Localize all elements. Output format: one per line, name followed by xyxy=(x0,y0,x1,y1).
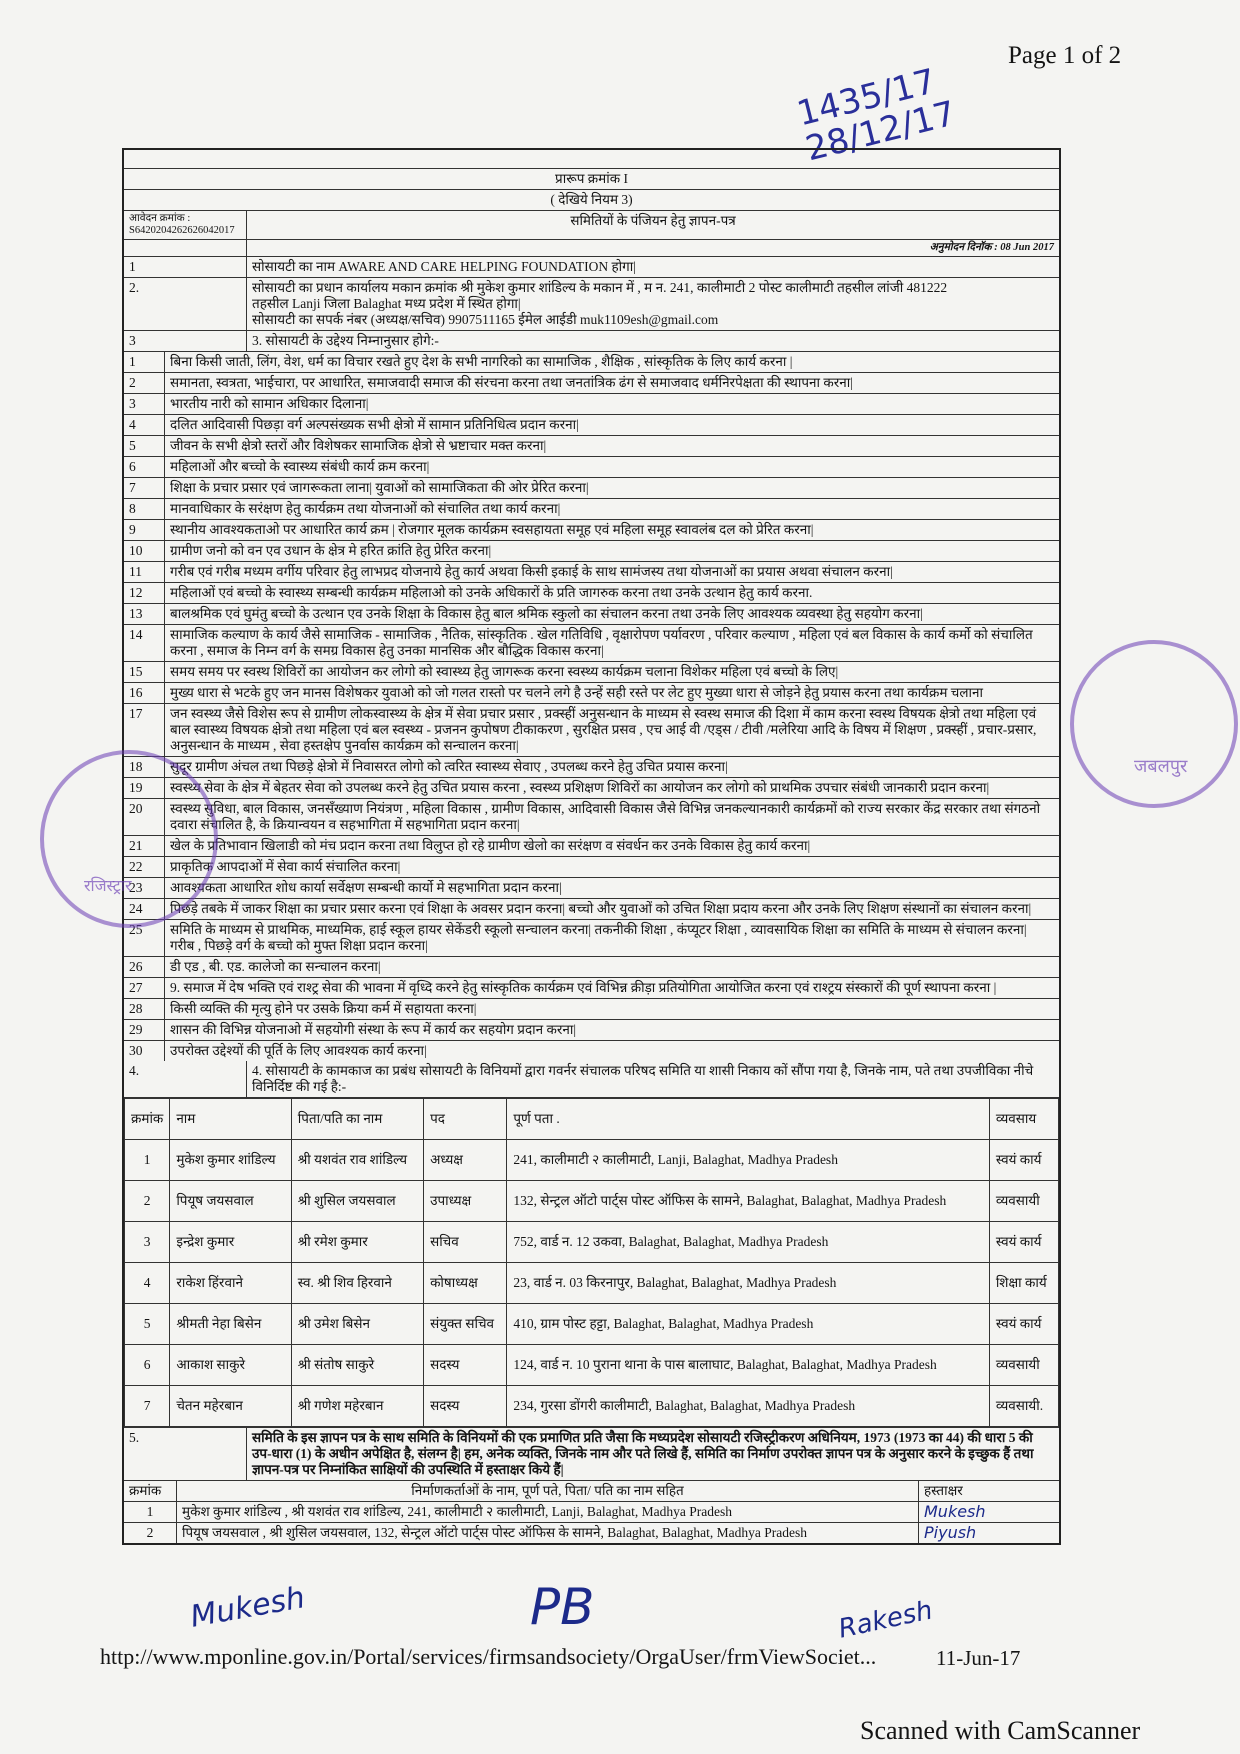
objective-number: 13 xyxy=(124,604,165,624)
founder-row: 1 मुकेश कुमार शांडिल्य , श्री यशवंत राव … xyxy=(124,1502,1059,1523)
members-table: क्रमांकनामपिता/पति का नामपदपूर्ण पता .व्… xyxy=(124,1098,1059,1427)
declaration-text: समिति के इस ज्ञापन पत्र के साथ समिति के … xyxy=(247,1428,1059,1480)
signature-rakesh: Rakesh xyxy=(836,1595,935,1644)
objective-text: स्वस्थ्य सेवा के क्षेत्र में बेहतर सेवा … xyxy=(165,778,1059,798)
section-number: 1 xyxy=(124,257,247,277)
founder-signature: Mukesh xyxy=(918,1502,1059,1522)
signature-initials: PB xyxy=(530,1578,594,1636)
objective-row: 17 जन स्वस्थ्य जैसे विशेस रूप से ग्रामीण… xyxy=(124,704,1059,757)
column-header: पूर्ण पता . xyxy=(507,1099,989,1140)
objective-number: 26 xyxy=(124,957,165,977)
member-address: 23, वार्ड न. 03 किरनापुर, Balaghat, Bala… xyxy=(507,1263,989,1304)
objective-text: समय समय पर स्वस्थ शिविरों का आयोजन कर लो… xyxy=(165,662,1059,682)
member-no: 5 xyxy=(125,1304,170,1345)
objective-text: खेल के प्रतिभावान खिलाडी को मंच प्रदान क… xyxy=(165,836,1059,856)
signature-mukesh: Mukesh xyxy=(188,1580,308,1635)
objective-text: समिति के माध्यम से प्राथमिक, माध्यमिक, ह… xyxy=(165,920,1059,956)
column-header: पिता/पति का नाम xyxy=(291,1099,423,1140)
objective-number: 14 xyxy=(124,625,165,661)
objective-row: 19 स्वस्थ्य सेवा के क्षेत्र में बेहतर से… xyxy=(124,778,1059,799)
address-line: तहसील Lanji जिला Balaghat मध्य प्रदेश मे… xyxy=(252,296,1054,312)
objective-row: 6 महिलाओं और बच्चो के स्वास्थ्य संबंधी क… xyxy=(124,457,1059,478)
objective-row: 26 डी एड , बी. एड. कालेजो का सन्चालन करन… xyxy=(124,957,1059,978)
objective-number: 27 xyxy=(124,978,165,998)
objective-row: 29 शासन की विभिन्न योजनाओ में सहयोगी संस… xyxy=(124,1020,1059,1041)
founder-number: 2 xyxy=(124,1523,177,1543)
objective-text: दलित आदिवासी पिछड़ा वर्ग अल्पसंख्यक सभी … xyxy=(165,415,1059,435)
objective-row: 12 महिलाओं एवं बच्चो के स्वास्थ्य सम्बन्… xyxy=(124,583,1059,604)
page-number: Page 1 of 2 xyxy=(1008,42,1121,70)
application-label: आवेदन क्रमांक : xyxy=(129,213,241,225)
objective-row: 10 ग्रामीण जनो को वन एव उधान के क्षेत्र … xyxy=(124,541,1059,562)
objective-row: 9 स्थानीय आवश्यकताओ पर आधारित कार्य क्रम… xyxy=(124,520,1059,541)
objective-number: 30 xyxy=(124,1041,165,1061)
member-name: आकाश साकुरे xyxy=(170,1345,291,1386)
member-name: मुकेश कुमार शांडिल्य xyxy=(170,1140,291,1181)
application-info: आवेदन क्रमांक : S6420204262626042017 xyxy=(124,211,247,239)
member-father: श्री शुसिल जयसवाल xyxy=(291,1181,423,1222)
registration-form: प्रारूप क्रमांक I ( देखिये नियम 3) आवेदन… xyxy=(122,148,1061,1545)
objective-text: आवश्यकता आधारित शोध कार्या सर्वेक्षण सम्… xyxy=(165,878,1059,898)
objective-row: 7 शिक्षा के प्रचार प्रसार एवं जागरूकता ल… xyxy=(124,478,1059,499)
table-row: 1मुकेश कुमार शांडिल्यश्री यशवंत राव शांड… xyxy=(125,1140,1059,1181)
objective-number: 3 xyxy=(124,394,165,414)
objective-row: 1 बिना किसी जाती, लिंग, वेश, धर्म का विच… xyxy=(124,352,1059,373)
objective-number: 11 xyxy=(124,562,165,582)
objective-row: 27 9. समाज में देष भक्ति एवं राश्ट्र सेव… xyxy=(124,978,1059,999)
table-row: 6आकाश साकुरेश्री संतोष साकुरेसदस्य124, व… xyxy=(125,1345,1059,1386)
objective-row: 25 समिति के माध्यम से प्राथमिक, माध्यमिक… xyxy=(124,920,1059,957)
objective-text: स्वस्थ्य सुविधा, बाल विकास, जनसँख्याण नि… xyxy=(165,799,1059,835)
objective-text: पिछड़े तबके में जाकर शिक्षा का प्रचार प्… xyxy=(165,899,1059,919)
founder-signature: Piyush xyxy=(918,1523,1059,1543)
objective-text: मानवाधिकार के सरंक्षण हेतु कार्यक्रम तथा… xyxy=(165,499,1059,519)
objective-text: बालश्रमिक एवं घुमंतु बच्चो के उत्थान एव … xyxy=(165,604,1059,624)
member-no: 3 xyxy=(125,1222,170,1263)
objectives-heading: 3. सोसायटी के उद्देश्य निम्नानुसार होगे:… xyxy=(247,331,1059,351)
member-no: 6 xyxy=(125,1345,170,1386)
member-post: सचिव xyxy=(424,1222,507,1263)
objective-row: 18 सुदूर ग्रामीण अंचल तथा पिछड़े क्षेत्र… xyxy=(124,757,1059,778)
member-occupation: स्वयं कार्य xyxy=(989,1304,1058,1345)
objective-row: 11 गरीब एवं गरीब मध्यम वर्गीय परिवार हेत… xyxy=(124,562,1059,583)
objective-text: उपरोक्त उद्देश्यों की पूर्ति के लिए आवश्… xyxy=(165,1041,1059,1061)
objective-row: 20 स्वस्थ्य सुविधा, बाल विकास, जनसँख्याण… xyxy=(124,799,1059,836)
member-occupation: व्यवसायी xyxy=(989,1181,1058,1222)
member-post: सदस्य xyxy=(424,1345,507,1386)
application-number: S6420204262626042017 xyxy=(129,225,241,237)
objective-row: 13 बालश्रमिक एवं घुमंतु बच्चो के उत्थान … xyxy=(124,604,1059,625)
member-no: 1 xyxy=(125,1140,170,1181)
objective-text: 9. समाज में देष भक्ति एवं राश्ट्र सेवा क… xyxy=(165,978,1059,998)
founder-number: 1 xyxy=(124,1502,177,1522)
objective-row: 5 जीवन के सभी क्षेत्रो स्तरों और विशेषकर… xyxy=(124,436,1059,457)
objective-row: 14 सामाजिक कल्याण के कार्य जैसे सामाजिक … xyxy=(124,625,1059,662)
column-header: क्रमांक xyxy=(124,1481,177,1501)
objective-number: 7 xyxy=(124,478,165,498)
member-address: 241, कालीमाटी २ कालीमाटी, Lanji, Balagha… xyxy=(507,1140,989,1181)
form-number: प्रारूप क्रमांक I xyxy=(124,169,1059,189)
member-occupation: स्वयं कार्य xyxy=(989,1222,1058,1263)
table-row: 4राकेश हिंरवानेस्व. श्री शिव हिरवानेकोषा… xyxy=(125,1263,1059,1304)
objective-row: 21 खेल के प्रतिभावान खिलाडी को मंच प्रदा… xyxy=(124,836,1059,857)
column-header: नाम xyxy=(170,1099,291,1140)
member-occupation: व्यवसायी. xyxy=(989,1386,1058,1427)
member-no: 7 xyxy=(125,1386,170,1427)
rule-reference: ( देखिये नियम 3) xyxy=(124,190,1059,210)
objective-number: 16 xyxy=(124,683,165,703)
objective-number: 10 xyxy=(124,541,165,561)
objective-number: 4 xyxy=(124,415,165,435)
column-header: हस्ताक्षर xyxy=(918,1481,1059,1501)
member-post: कोषाध्यक्ष xyxy=(424,1263,507,1304)
member-name: श्रीमती नेहा बिसेन xyxy=(170,1304,291,1345)
objective-number: 2 xyxy=(124,373,165,393)
member-post: अध्यक्ष xyxy=(424,1140,507,1181)
print-date: 11-Jun-17 xyxy=(936,1646,1020,1671)
founder-details: पियूष जयसवाल , श्री शुसिल जयसवाल, 132, स… xyxy=(177,1523,918,1543)
objective-text: समानता, स्वत्रता, भाईचारा, पर आधारित, सम… xyxy=(165,373,1059,393)
objective-row: 24 पिछड़े तबके में जाकर शिक्षा का प्रचार… xyxy=(124,899,1059,920)
objective-text: डी एड , बी. एड. कालेजो का सन्चालन करना| xyxy=(165,957,1059,977)
objective-text: मुख्य धारा से भटके हुए जन मानस विशेषकर य… xyxy=(165,683,1059,703)
address-line: सोसायटी का प्रधान कार्यालय मकान क्रमांक … xyxy=(252,280,1054,296)
column-header: निर्माणकर्ताओं के नाम, पूर्ण पते, पिता/ … xyxy=(177,1481,918,1501)
table-row: 3इन्द्रेश कुमारश्री रमेश कुमारसचिव752, व… xyxy=(125,1222,1059,1263)
table-row: 2पियूष जयसवालश्री शुसिल जयसवालउपाध्यक्ष1… xyxy=(125,1181,1059,1222)
objective-row: 22 प्राकृतिक आपदाओं में सेवा कार्य संचाल… xyxy=(124,857,1059,878)
member-name: पियूष जयसवाल xyxy=(170,1181,291,1222)
objective-number: 12 xyxy=(124,583,165,603)
objective-row: 4 दलित आदिवासी पिछड़ा वर्ग अल्पसंख्यक सभ… xyxy=(124,415,1059,436)
member-no: 4 xyxy=(125,1263,170,1304)
objective-number: 17 xyxy=(124,704,165,756)
member-father: स्व. श्री शिव हिरवाने xyxy=(291,1263,423,1304)
objective-text: भारतीय नारी को सामान अधिकार दिलाना| xyxy=(165,394,1059,414)
member-address: 752, वार्ड न. 12 उकवा, Balaghat, Balagha… xyxy=(507,1222,989,1263)
objective-number: 15 xyxy=(124,662,165,682)
society-name: सोसायटी का नाम AWARE AND CARE HELPING FO… xyxy=(247,257,1059,277)
objective-text: बिना किसी जाती, लिंग, वेश, धर्म का विचार… xyxy=(165,352,1059,372)
member-address: 124, वार्ड न. 10 पुराना थाना के पास बाला… xyxy=(507,1345,989,1386)
member-father: श्री संतोष साकुरे xyxy=(291,1345,423,1386)
member-occupation: शिक्षा कार्य xyxy=(989,1263,1058,1304)
objective-text: सामाजिक कल्याण के कार्य जैसे सामाजिक - स… xyxy=(165,625,1059,661)
form-title: समितियों के पंजियन हेतु ज्ञापन-पत्र xyxy=(247,211,1059,239)
member-post: उपाध्यक्ष xyxy=(424,1181,507,1222)
objective-number: 28 xyxy=(124,999,165,1019)
objective-number: 5 xyxy=(124,436,165,456)
member-father: श्री उमेश बिसेन xyxy=(291,1304,423,1345)
founder-details: मुकेश कुमार शांडिल्य , श्री यशवंत राव शा… xyxy=(177,1502,918,1522)
member-post: सदस्य xyxy=(424,1386,507,1427)
objective-text: महिलाओं एवं बच्चो के स्वास्थ्य सम्बन्धी … xyxy=(165,583,1059,603)
member-occupation: व्यवसायी xyxy=(989,1345,1058,1386)
objective-row: 23 आवश्यकता आधारित शोध कार्या सर्वेक्षण … xyxy=(124,878,1059,899)
objective-text: स्थानीय आवश्यकताओ पर आधारित कार्य क्रम |… xyxy=(165,520,1059,540)
founders-table: क्रमांक निर्माणकर्ताओं के नाम, पूर्ण पते… xyxy=(124,1481,1059,1543)
member-address: 132, सेन्ट्रल ऑटो पार्ट्स पोस्ट ऑफिस के … xyxy=(507,1181,989,1222)
objective-text: सुदूर ग्रामीण अंचल तथा पिछड़े क्षेत्रो म… xyxy=(165,757,1059,777)
objective-text: शासन की विभिन्न योजनाओ में सहयोगी संस्था… xyxy=(165,1020,1059,1040)
objective-text: महिलाओं और बच्चो के स्वास्थ्य संबंधी कार… xyxy=(165,457,1059,477)
objective-text: गरीब एवं गरीब मध्यम वर्गीय परिवार हेतु ल… xyxy=(165,562,1059,582)
objective-number: 29 xyxy=(124,1020,165,1040)
objective-row: 30 उपरोक्त उद्देश्यों की पूर्ति के लिए आ… xyxy=(124,1041,1059,1061)
member-post: संयुक्त सचिव xyxy=(424,1304,507,1345)
society-address: सोसायटी का प्रधान कार्यालय मकान क्रमांक … xyxy=(247,278,1059,330)
objective-row: 3 भारतीय नारी को सामान अधिकार दिलाना| xyxy=(124,394,1059,415)
objective-text: शिक्षा के प्रचार प्रसार एवं जागरूकता लान… xyxy=(165,478,1059,498)
column-header: व्यवसाय xyxy=(989,1099,1058,1140)
registrar-stamp-right: जबलपुर xyxy=(1070,640,1238,808)
section-number: 2. xyxy=(124,278,247,330)
member-father: श्री रमेश कुमार xyxy=(291,1222,423,1263)
member-name: राकेश हिंरवाने xyxy=(170,1263,291,1304)
objective-text: जीवन के सभी क्षेत्रो स्तरों और विशेषकर स… xyxy=(165,436,1059,456)
section-number: 3 xyxy=(124,331,247,351)
column-header: क्रमांक xyxy=(125,1099,170,1140)
objective-text: प्राकृतिक आपदाओं में सेवा कार्य संचालित … xyxy=(165,857,1059,877)
member-address: 234, गुरसा डोंगरी कालीमाटी, Balaghat, Ba… xyxy=(507,1386,989,1427)
objective-number: 8 xyxy=(124,499,165,519)
governance-text: 4. सोसायटी के कामकाज का प्रबंध सोसायटी क… xyxy=(247,1061,1059,1097)
objective-row: 28 किसी व्यक्ति की मृत्यु होने पर उसके क… xyxy=(124,999,1059,1020)
member-occupation: स्वयं कार्य xyxy=(989,1140,1058,1181)
objective-text: जन स्वस्थ्य जैसे विशेस रूप से ग्रामीण लो… xyxy=(165,704,1059,756)
member-address: 410, ग्राम पोस्ट हट्टा, Balaghat, Balagh… xyxy=(507,1304,989,1345)
objective-number: 1 xyxy=(124,352,165,372)
founder-row: 2 पियूष जयसवाल , श्री शुसिल जयसवाल, 132,… xyxy=(124,1523,1059,1543)
objective-text: किसी व्यक्ति की मृत्यु होने पर उसके क्रि… xyxy=(165,999,1059,1019)
member-father: श्री यशवंत राव शांडिल्य xyxy=(291,1140,423,1181)
objective-text: ग्रामीण जनो को वन एव उधान के क्षेत्र मे … xyxy=(165,541,1059,561)
member-name: इन्द्रेश कुमार xyxy=(170,1222,291,1263)
section-number: 4. xyxy=(124,1061,247,1097)
approval-date: अनुमोदन दिनॉक : 08 Jun 2017 xyxy=(247,240,1059,256)
objective-row: 8 मानवाधिकार के सरंक्षण हेतु कार्यक्रम त… xyxy=(124,499,1059,520)
column-header: पद xyxy=(424,1099,507,1140)
objectives-list: 1 बिना किसी जाती, लिंग, वेश, धर्म का विच… xyxy=(124,352,1059,1061)
objective-number: 6 xyxy=(124,457,165,477)
objective-number: 9 xyxy=(124,520,165,540)
section-number: 5. xyxy=(124,1428,247,1480)
registrar-stamp-left: रजिस्ट्रार xyxy=(40,750,218,928)
table-row: 5श्रीमती नेहा बिसेनश्री उमेश बिसेनसंयुक्… xyxy=(125,1304,1059,1345)
objective-row: 2 समानता, स्वत्रता, भाईचारा, पर आधारित, … xyxy=(124,373,1059,394)
contact-line: सोसायटी का सपर्क नंबर (अध्यक्ष/सचिव) 990… xyxy=(252,312,1054,328)
member-father: श्री गणेश महेरबान xyxy=(291,1386,423,1427)
member-no: 2 xyxy=(125,1181,170,1222)
objective-row: 15 समय समय पर स्वस्थ शिविरों का आयोजन कर… xyxy=(124,662,1059,683)
source-url: http://www.mponline.gov.in/Portal/servic… xyxy=(100,1644,876,1670)
member-name: चेतन महेरबान xyxy=(170,1386,291,1427)
objective-row: 16 मुख्य धारा से भटके हुए जन मानस विशेषक… xyxy=(124,683,1059,704)
scanner-watermark: Scanned with CamScanner xyxy=(860,1716,1140,1746)
table-row: 7चेतन महेरबानश्री गणेश महेरबानसदस्य234, … xyxy=(125,1386,1059,1427)
